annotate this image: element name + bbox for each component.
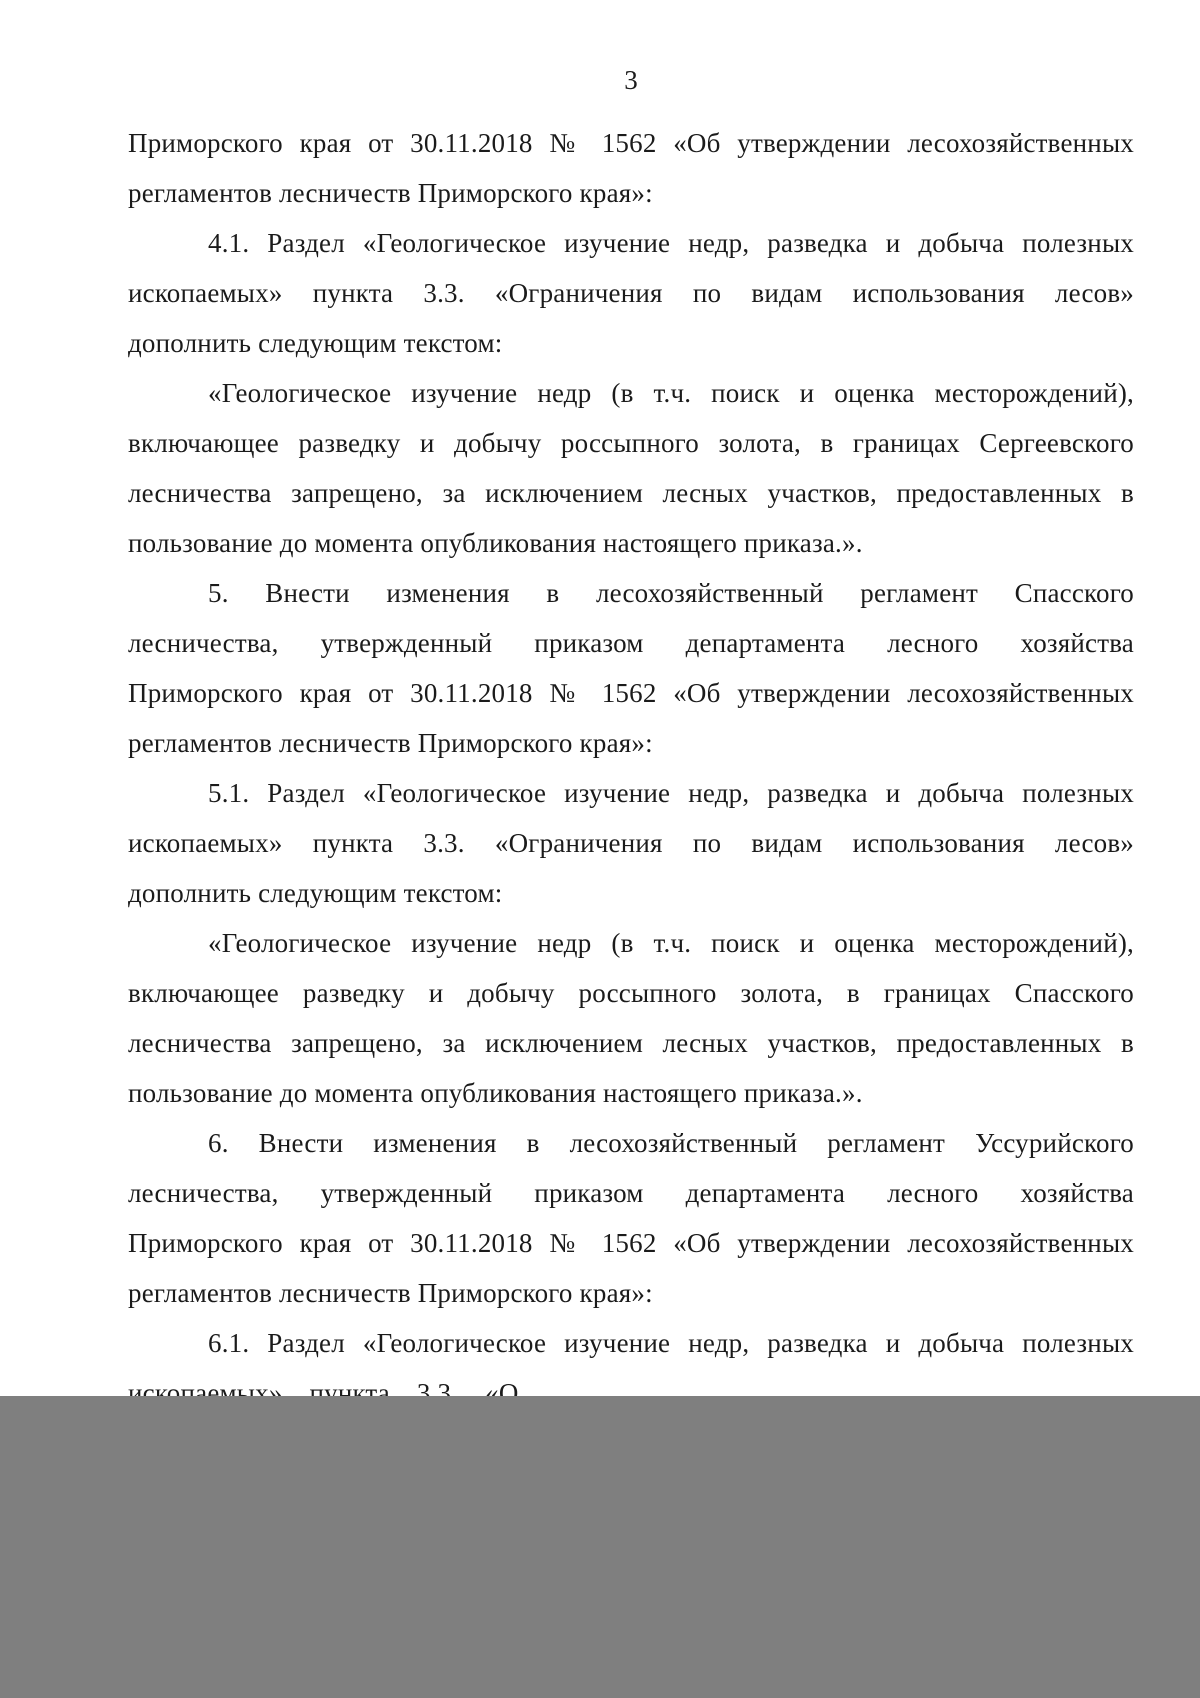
text-line: лесничества, утвержденный приказом депар…: [128, 1168, 1134, 1218]
text-line: включающее разведку и добычу россыпного …: [128, 418, 1134, 468]
text-line: регламентов лесничеств Приморского края»…: [128, 718, 1134, 768]
text-line: Приморского края от 30.11.2018 № 1562 «О…: [128, 668, 1134, 718]
text-line: ископаемых» пункта 3.3. «Ограничения по …: [128, 268, 1134, 318]
text-line: включающее разведку и добычу россыпного …: [128, 968, 1134, 1018]
document-body: Приморского края от 30.11.2018 № 1562 «О…: [128, 118, 1134, 1418]
text-line: 4.1. Раздел «Геологическое изучение недр…: [128, 218, 1134, 268]
redaction-overlay: [0, 1396, 1200, 1698]
text-line: лесничества запрещено, за исключением ле…: [128, 468, 1134, 518]
text-line: 5.1. Раздел «Геологическое изучение недр…: [128, 768, 1134, 818]
text-line: дополнить следующим текстом:: [128, 868, 1134, 918]
text-line: Приморского края от 30.11.2018 № 1562 «О…: [128, 1218, 1134, 1268]
text-line: 5. Внести изменения в лесохозяйственный …: [128, 568, 1134, 618]
page-number: 3: [128, 60, 1134, 100]
text-line: дополнить следующим текстом:: [128, 318, 1134, 368]
text-line: регламентов лесничеств Приморского края»…: [128, 168, 1134, 218]
text-line: ископаемых» пункта 3.3. «Ограничения по …: [128, 818, 1134, 868]
text-line: пользование до момента опубликования нас…: [128, 1068, 1134, 1118]
text-line: 6.1. Раздел «Геологическое изучение недр…: [128, 1318, 1134, 1368]
text-line: регламентов лесничеств Приморского края»…: [128, 1268, 1134, 1318]
text-line: пользование до момента опубликования нас…: [128, 518, 1134, 568]
text-line: «Геологическое изучение недр (в т.ч. пои…: [128, 368, 1134, 418]
text-line: лесничества запрещено, за исключением ле…: [128, 1018, 1134, 1068]
text-line: «Геологическое изучение недр (в т.ч. пои…: [128, 918, 1134, 968]
text-line: 6. Внести изменения в лесохозяйственный …: [128, 1118, 1134, 1168]
document-page: 3 Приморского края от 30.11.2018 № 1562 …: [0, 0, 1200, 1698]
text-line: Приморского края от 30.11.2018 № 1562 «О…: [128, 118, 1134, 168]
text-line: лесничества, утвержденный приказом депар…: [128, 618, 1134, 668]
